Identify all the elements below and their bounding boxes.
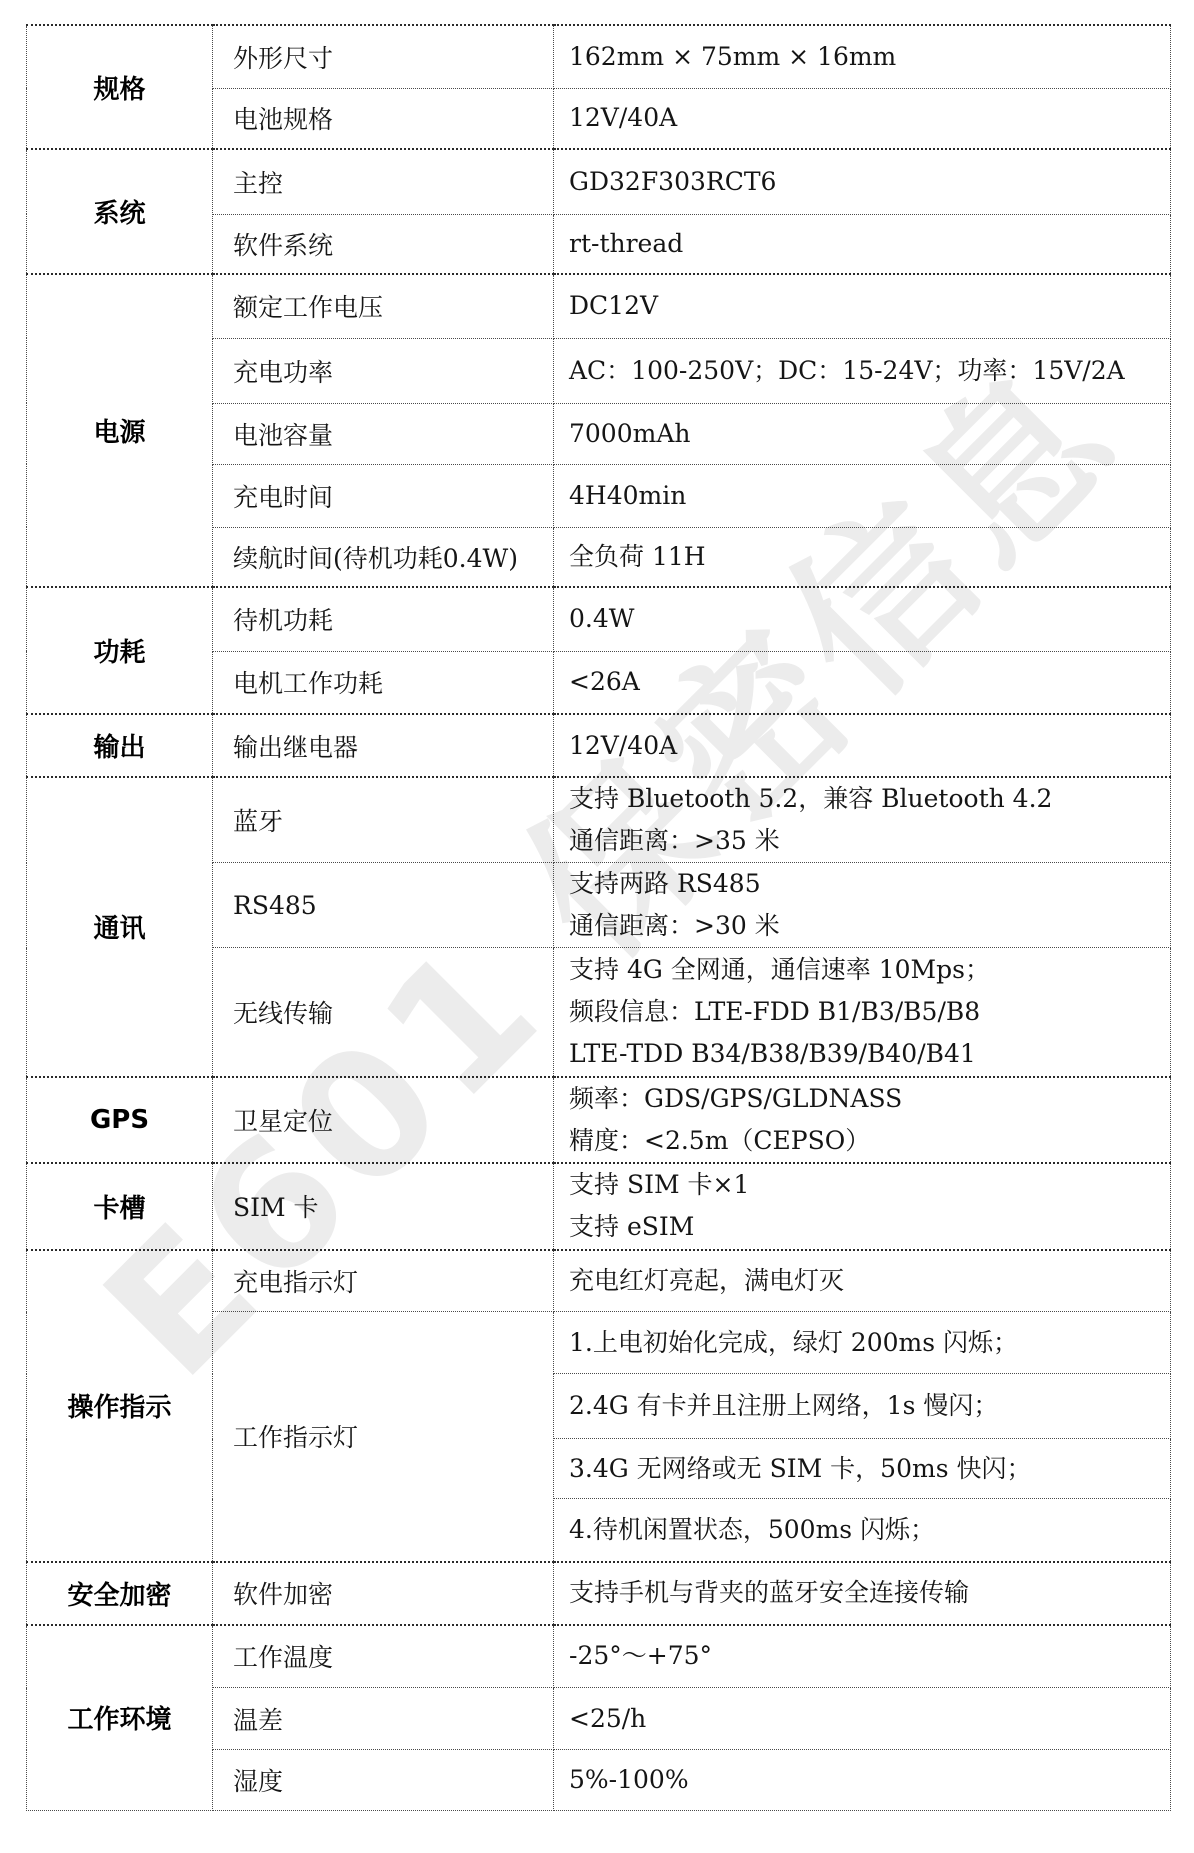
value-line: <26A xyxy=(569,661,1170,703)
value-line: 12V/40A xyxy=(569,725,1170,767)
spec-value: 4H40min xyxy=(554,464,1171,527)
category-environment: 工作环境 xyxy=(27,1625,213,1811)
value-line: 频段信息：LTE-FDD B1/B3/B5/B8 xyxy=(569,991,1170,1033)
value-line: 162mm × 75mm × 16mm xyxy=(569,36,1170,78)
spec-label: RS485 xyxy=(213,863,554,948)
value-line: 4.待机闲置状态，500ms 闪烁； xyxy=(569,1509,1170,1551)
spec-label: 续航时间(待机功耗0.4W) xyxy=(213,527,554,587)
category-output: 输出 xyxy=(27,714,213,777)
table-row: GPS 卫星定位 频率：GDS/GPS/GLDNASS 精度：<2.5m（CEP… xyxy=(27,1077,1171,1163)
spec-label: 工作指示灯 xyxy=(213,1312,554,1562)
table-row: 工作环境 工作温度 -25°～+75° xyxy=(27,1625,1171,1688)
value-line: DC12V xyxy=(569,285,1170,327)
spec-label: 充电指示灯 xyxy=(213,1250,554,1312)
category-sim-slot: 卡槽 xyxy=(27,1163,213,1250)
spec-value: 支持两路 RS485 通信距离：>30 米 xyxy=(554,863,1171,948)
value-line: 支持 Bluetooth 5.2，兼容 Bluetooth 4.2 xyxy=(569,778,1170,820)
category-comm: 通讯 xyxy=(27,777,213,1077)
value-line: 1.上电初始化完成，绿灯 200ms 闪烁； xyxy=(569,1322,1170,1364)
table-row: 功耗 待机功耗 0.4W xyxy=(27,587,1171,651)
spec-label: 待机功耗 xyxy=(213,587,554,651)
spec-value: 7000mAh xyxy=(554,403,1171,464)
category-power-consumption: 功耗 xyxy=(27,587,213,714)
value-line: 全负荷 11H xyxy=(569,536,1170,578)
spec-value: 0.4W xyxy=(554,587,1171,651)
spec-value: 全负荷 11H xyxy=(554,527,1171,587)
value-line: 充电红灯亮起，满电灯灭 xyxy=(569,1260,1170,1302)
spec-label: 充电时间 xyxy=(213,464,554,527)
spec-value: 2.4G 有卡并且注册上网络，1s 慢闪； xyxy=(554,1374,1171,1439)
value-line: 精度：<2.5m（CEPSO） xyxy=(569,1120,1170,1162)
value-line: 12V/40A xyxy=(569,97,1170,139)
spec-label: 无线传输 xyxy=(213,948,554,1077)
spec-value: 频率：GDS/GPS/GLDNASS 精度：<2.5m（CEPSO） xyxy=(554,1077,1171,1163)
spec-value: 3.4G 无网络或无 SIM 卡，50ms 快闪； xyxy=(554,1439,1171,1499)
spec-value: 12V/40A xyxy=(554,88,1171,149)
value-line: rt-thread xyxy=(569,223,1170,265)
spec-value: 支持手机与背夹的蓝牙安全连接传输 xyxy=(554,1562,1171,1625)
spec-label: SIM 卡 xyxy=(213,1163,554,1250)
value-line: 频率：GDS/GPS/GLDNASS xyxy=(569,1078,1170,1120)
table-row: 通讯 蓝牙 支持 Bluetooth 5.2，兼容 Bluetooth 4.2 … xyxy=(27,777,1171,863)
spec-value: <25/h xyxy=(554,1688,1171,1750)
value-line: <25/h xyxy=(569,1698,1170,1740)
spec-value: 支持 4G 全网通，通信速率 10Mps； 频段信息：LTE-FDD B1/B3… xyxy=(554,948,1171,1077)
value-line: 7000mAh xyxy=(569,413,1170,455)
spec-label: 电池规格 xyxy=(213,88,554,149)
category-indicators: 操作指示 xyxy=(27,1250,213,1562)
spec-value: 4.待机闲置状态，500ms 闪烁； xyxy=(554,1499,1171,1562)
spec-table: 规格 外形尺寸 162mm × 75mm × 16mm 电池规格 12V/40A… xyxy=(26,24,1171,1811)
spec-label: 电机工作功耗 xyxy=(213,651,554,714)
value-line: 通信距离：>30 米 xyxy=(569,905,1170,947)
category-spec: 规格 xyxy=(27,25,213,149)
table-row: 操作指示 充电指示灯 充电红灯亮起，满电灯灭 xyxy=(27,1250,1171,1312)
spec-value: 162mm × 75mm × 16mm xyxy=(554,25,1171,88)
table-row: 输出 输出继电器 12V/40A xyxy=(27,714,1171,777)
value-line: GD32F303RCT6 xyxy=(569,161,1170,203)
value-line: 4H40min xyxy=(569,475,1170,517)
value-line: 支持 eSIM xyxy=(569,1206,1170,1248)
table-row: 规格 外形尺寸 162mm × 75mm × 16mm xyxy=(27,25,1171,88)
category-security: 安全加密 xyxy=(27,1562,213,1625)
spec-value: 12V/40A xyxy=(554,714,1171,777)
spec-label: 电池容量 xyxy=(213,403,554,464)
spec-value: 1.上电初始化完成，绿灯 200ms 闪烁； xyxy=(554,1312,1171,1374)
category-gps: GPS xyxy=(27,1077,213,1163)
value-line: 支持 4G 全网通，通信速率 10Mps； xyxy=(569,949,1170,991)
spec-value: 支持 SIM 卡×1 支持 eSIM xyxy=(554,1163,1171,1250)
value-line: 3.4G 无网络或无 SIM 卡，50ms 快闪； xyxy=(569,1448,1170,1490)
spec-value: -25°～+75° xyxy=(554,1625,1171,1688)
spec-label: 输出继电器 xyxy=(213,714,554,777)
table-row: 安全加密 软件加密 支持手机与背夹的蓝牙安全连接传输 xyxy=(27,1562,1171,1625)
spec-value: rt-thread xyxy=(554,214,1171,274)
spec-label: 温差 xyxy=(213,1688,554,1750)
spec-value: AC：100-250V；DC：15-24V；功率：15V/2A xyxy=(554,338,1171,403)
value-line: LTE-TDD B34/B38/B39/B40/B41 xyxy=(569,1033,1170,1075)
spec-label: 软件加密 xyxy=(213,1562,554,1625)
category-system: 系统 xyxy=(27,149,213,274)
value-line: 2.4G 有卡并且注册上网络，1s 慢闪； xyxy=(569,1385,1170,1427)
value-line: 支持手机与背夹的蓝牙安全连接传输 xyxy=(569,1572,1170,1614)
category-power: 电源 xyxy=(27,274,213,587)
spec-label: 卫星定位 xyxy=(213,1077,554,1163)
spec-value: 5%-100% xyxy=(554,1750,1171,1811)
spec-label: 主控 xyxy=(213,149,554,214)
table-row: 卡槽 SIM 卡 支持 SIM 卡×1 支持 eSIM xyxy=(27,1163,1171,1250)
spec-label: 软件系统 xyxy=(213,214,554,274)
value-line: AC：100-250V；DC：15-24V；功率：15V/2A xyxy=(569,350,1170,392)
value-line: 支持 SIM 卡×1 xyxy=(569,1164,1170,1206)
value-line: 通信距离：>35 米 xyxy=(569,820,1170,862)
value-line: 支持两路 RS485 xyxy=(569,863,1170,905)
value-line: 0.4W xyxy=(569,598,1170,640)
spec-value: DC12V xyxy=(554,274,1171,338)
value-line: 5%-100% xyxy=(569,1759,1170,1801)
spec-value: <26A xyxy=(554,651,1171,714)
spec-label: 额定工作电压 xyxy=(213,274,554,338)
spec-label: 外形尺寸 xyxy=(213,25,554,88)
table-row: 系统 主控 GD32F303RCT6 xyxy=(27,149,1171,214)
spec-label: 充电功率 xyxy=(213,338,554,403)
table-row: 电源 额定工作电压 DC12V xyxy=(27,274,1171,338)
value-line: -25°～+75° xyxy=(569,1635,1170,1677)
spec-value: 充电红灯亮起，满电灯灭 xyxy=(554,1250,1171,1312)
spec-value: 支持 Bluetooth 5.2，兼容 Bluetooth 4.2 通信距离：>… xyxy=(554,777,1171,863)
spec-label: 蓝牙 xyxy=(213,777,554,863)
spec-value: GD32F303RCT6 xyxy=(554,149,1171,214)
spec-label: 湿度 xyxy=(213,1750,554,1811)
spec-label: 工作温度 xyxy=(213,1625,554,1688)
